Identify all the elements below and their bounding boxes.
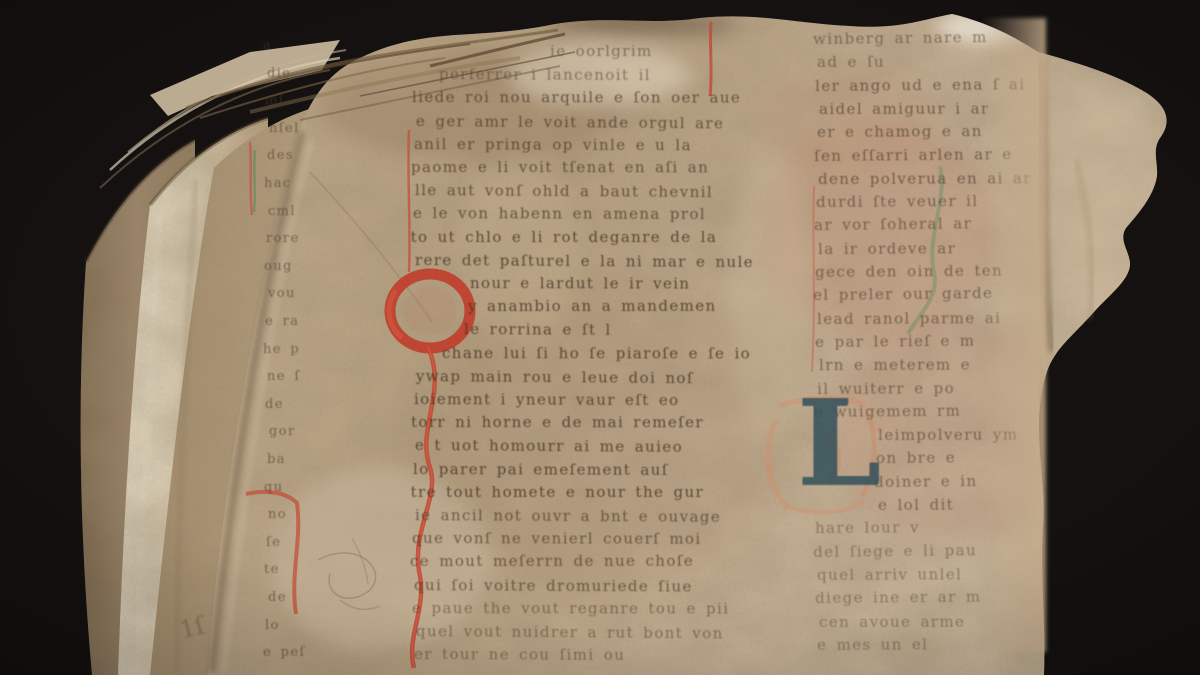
manuscript-photo: ie oorlgrimperferrer i lancenoit illiede… <box>0 0 1200 675</box>
photo-vignette <box>0 0 1200 675</box>
